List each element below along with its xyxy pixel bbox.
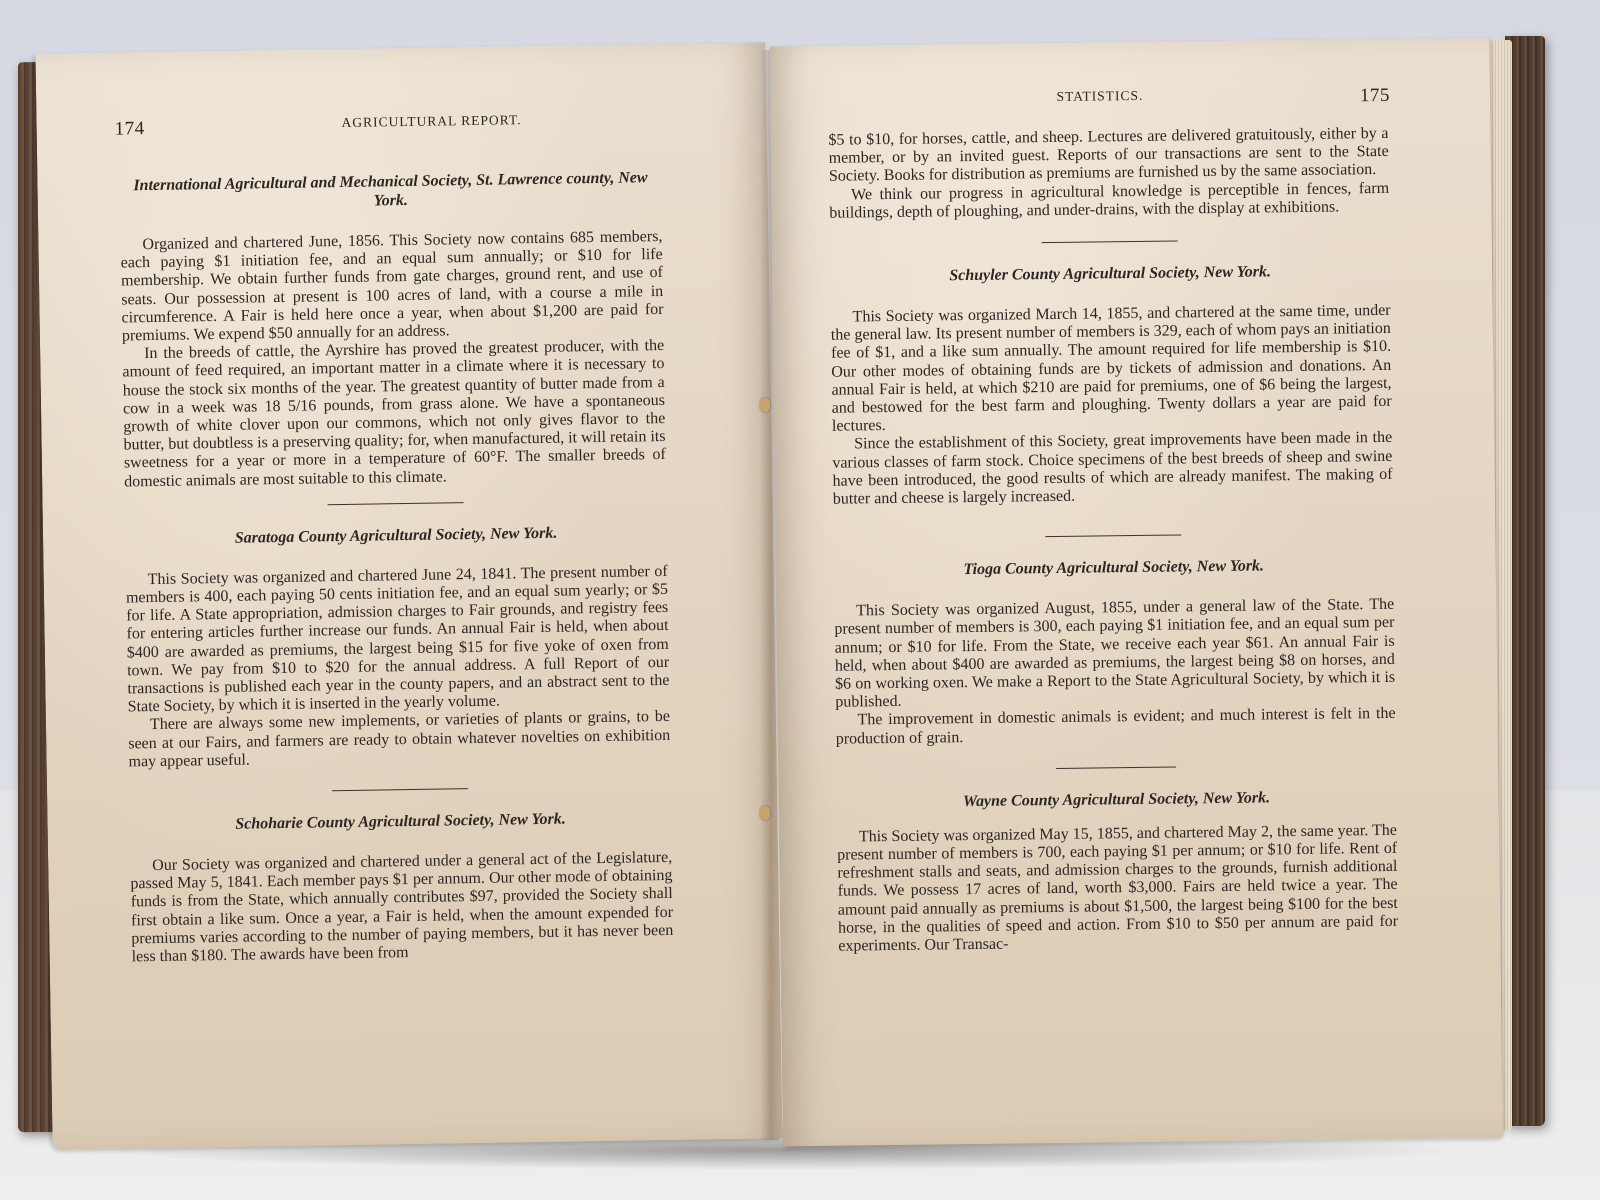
paragraph: This Society was organized and chartered… bbox=[126, 563, 670, 717]
left-page-body: International Agricultural and Mechanica… bbox=[119, 168, 673, 967]
paragraph: $5 to $10, for horses, cattle, and sheep… bbox=[828, 125, 1389, 186]
right-page-body: $5 to $10, for horses, cattle, and sheep… bbox=[828, 125, 1398, 956]
paragraph: This Society was organized August, 1855,… bbox=[834, 596, 1395, 712]
paragraph: Since the establishment of this Society,… bbox=[832, 429, 1393, 509]
left-running-head: 174 AGRICULTURAL REPORT. bbox=[36, 108, 766, 119]
running-head-title-left: AGRICULTURAL REPORT. bbox=[96, 108, 766, 135]
left-page: 174 AGRICULTURAL REPORT. International A… bbox=[35, 42, 782, 1149]
right-page: STATISTICS. 175 $5 to $10, for horses, c… bbox=[769, 38, 1502, 1147]
paragraph: This Society was organized May 15, 1855,… bbox=[837, 822, 1399, 956]
page-number-right: 175 bbox=[1360, 85, 1390, 107]
paragraph: This Society was organized March 14, 185… bbox=[831, 302, 1393, 436]
binding-stitch bbox=[760, 398, 770, 412]
paragraph: Our Society was organized and chartered … bbox=[130, 849, 674, 967]
paragraph: There are always some new implements, or… bbox=[128, 708, 671, 771]
paragraph: We think our progress in agricultural kn… bbox=[829, 179, 1389, 222]
binding-stitch bbox=[760, 806, 770, 820]
paragraph: Organized and chartered June, 1856. This… bbox=[120, 228, 664, 346]
right-running-head: STATISTICS. 175 bbox=[770, 84, 1490, 93]
paragraph: In the breeds of cattle, the Ayrshire ha… bbox=[122, 337, 666, 491]
